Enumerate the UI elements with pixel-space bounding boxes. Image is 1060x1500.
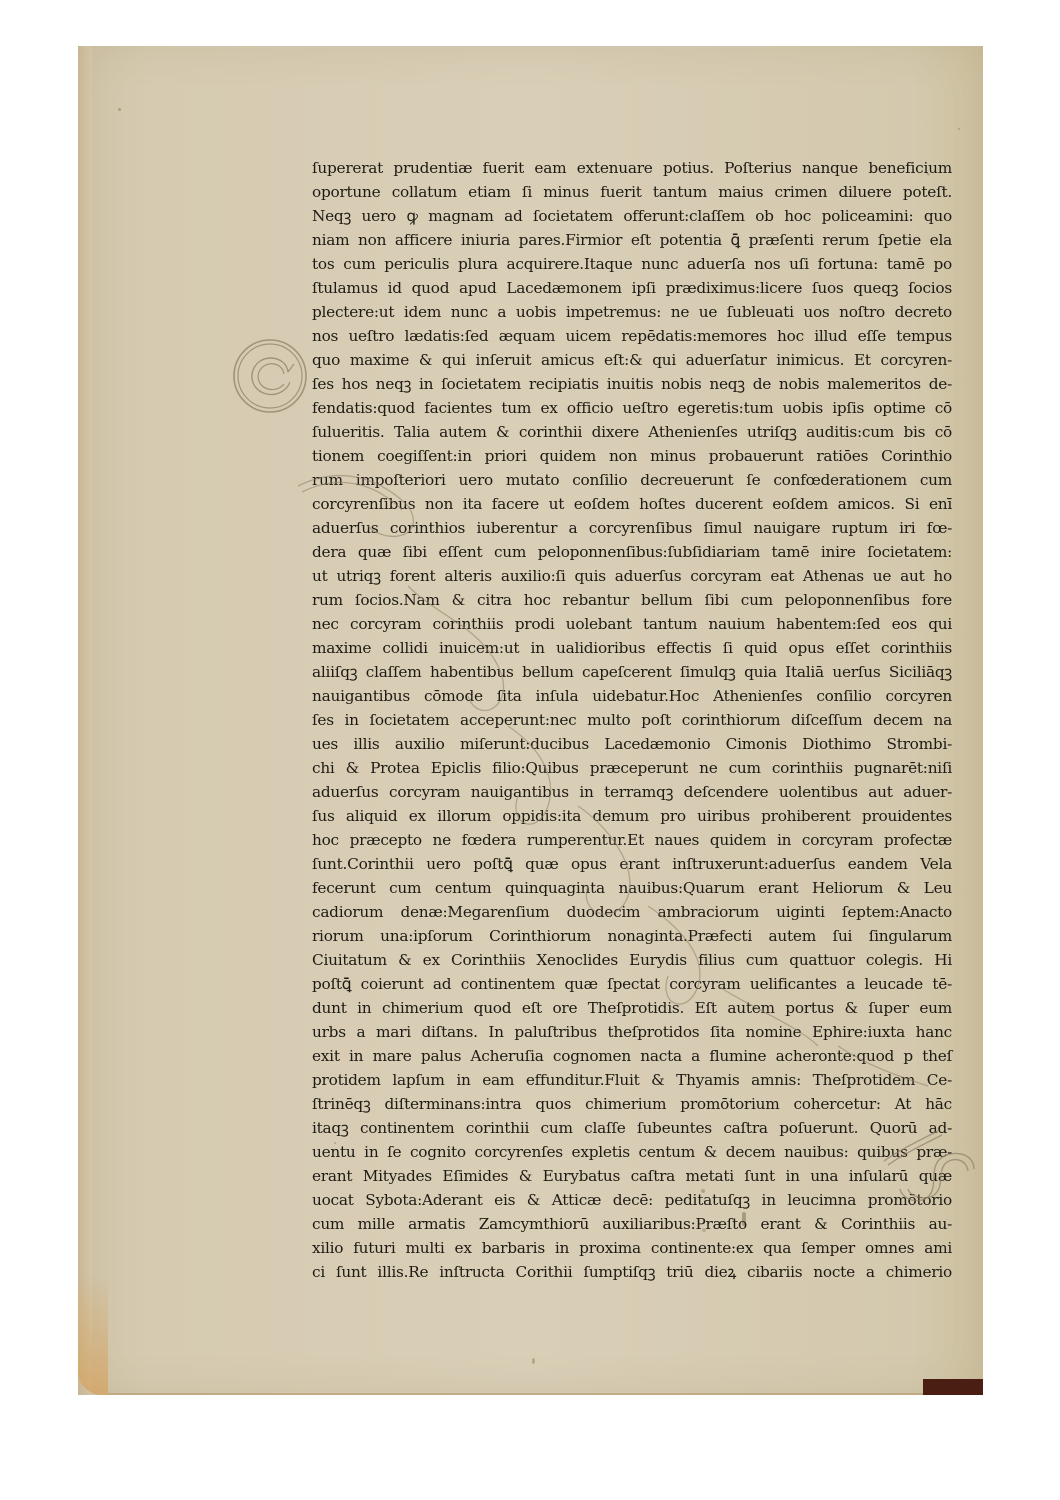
- body-text: ſupererat prudentiæ fuerit eam extenuare…: [312, 156, 952, 1284]
- text-line: ſunt.Corinthii uero poſtꝗ̄ quæ opus eran…: [312, 852, 952, 876]
- text-line: ſulueritis. Talia autem & corinthii dixe…: [312, 420, 952, 444]
- text-line: fendatis:quod facientes tum ex officio u…: [312, 396, 952, 420]
- page-bottom-edge: [108, 1393, 923, 1395]
- text-line: corcyrenſibus non ita facere ut eoſdem h…: [312, 492, 952, 516]
- text-line: dera quæ ſibi eſſent cum peloponnenſibus…: [312, 540, 952, 564]
- text-line: fecerunt cum centum quinquaginta nauibus…: [312, 876, 952, 900]
- text-line: poſtꝗ̄ coierunt ad continentem quæ ſpect…: [312, 972, 952, 996]
- text-line: quo maxime & qui inſeruit amicus eſt:& q…: [312, 348, 952, 372]
- paper-speck: [532, 1358, 535, 1364]
- text-line: ſtulamus id quod apud Lacedæmonem ipſi p…: [312, 276, 952, 300]
- text-line: plectere:ut idem nunc a uobis impetremus…: [312, 300, 952, 324]
- text-line: rum ſocios.Nam & citra hoc rebantur bell…: [312, 588, 952, 612]
- text-line: riorum una:ipſorum Corinthiorum nonagint…: [312, 924, 952, 948]
- text-line: uocat Sybota:Aderant eis & Atticæ decē: …: [312, 1188, 952, 1212]
- text-line: aduerſus corinthios iuberentur a corcyre…: [312, 516, 952, 540]
- text-line: oportune collatum etiam ſi minus fuerit …: [312, 180, 952, 204]
- text-line: erant Mityades Eſimides & Eurybatus caſt…: [312, 1164, 952, 1188]
- paper-speck: [118, 108, 121, 111]
- text-line: xilio futuri multi ex barbaris in proxim…: [312, 1236, 952, 1260]
- text-line: ci ſunt illis.Re inſtructa Corithii ſump…: [312, 1260, 952, 1284]
- text-line: nec corcyram corinthiis prodi uolebant t…: [312, 612, 952, 636]
- text-line: chi & Protea Epiclis filio:Quibus præcep…: [312, 756, 952, 780]
- text-line: cum mille armatis Zamcymthiorū auxiliari…: [312, 1212, 952, 1236]
- page-stain: [78, 1275, 108, 1395]
- text-line: exit in mare palus Acheruſia cognomen na…: [312, 1044, 952, 1068]
- text-line: hoc præcepto ne fœdera rumperentur.Et na…: [312, 828, 952, 852]
- text-line: niam non afficere iniuria pares.Firmior …: [312, 228, 952, 252]
- text-line: uentu in ſe cognito corcyrenſes expletis…: [312, 1140, 952, 1164]
- text-line: ut utriqꝫ forent alteris auxilio:ſi quis…: [312, 564, 952, 588]
- circle-c-stamp-icon: [230, 336, 310, 416]
- text-line: cadiorum denæ:Megarenſium duodecim ambra…: [312, 900, 952, 924]
- text-line: urbs a mari diſtans. In paluſtribus theſ…: [312, 1020, 952, 1044]
- text-line: protidem lapſum in eam effunditur.Fluit …: [312, 1068, 952, 1092]
- text-line: ues illis auxilio miſerunt:ducibus Laced…: [312, 732, 952, 756]
- text-line: ſes hos neqꝫ in ſocietatem recipiatis in…: [312, 372, 952, 396]
- text-line: Neqꝫ uero ꝙ magnam ad ſocietatem offerun…: [312, 204, 952, 228]
- text-line: nauigantibus cōmode ſita inſula uidebatu…: [312, 684, 952, 708]
- paper-speck: [958, 128, 960, 130]
- binding-strip: [923, 1379, 983, 1395]
- text-line: ſupererat prudentiæ fuerit eam extenuare…: [312, 156, 952, 180]
- text-line: tos cum periculis plura acquirere.Itaque…: [312, 252, 952, 276]
- text-line: dunt in chimerium quod eſt ore Theſproti…: [312, 996, 952, 1020]
- text-line: maxime collidi inuicem:ut in ualidioribu…: [312, 636, 952, 660]
- text-line: ſtrinēqꝫ diſterminans:intra quos chimeri…: [312, 1092, 952, 1116]
- text-line: aduerſus corcyram nauigantibus in terram…: [312, 780, 952, 804]
- text-line: tionem coegiſſent:in priori quidem non m…: [312, 444, 952, 468]
- text-line: rum impoſteriori uero mutato conſilio de…: [312, 468, 952, 492]
- text-line: nos ueſtro lædatis:ſed æquam uicem repēd…: [312, 324, 952, 348]
- text-line: aliiſqꝫ claſſem habentibus bellum capeſc…: [312, 660, 952, 684]
- text-line: Ciuitatum & ex Corinthiis Xenoclides Eur…: [312, 948, 952, 972]
- text-line: ſus aliquid ex illorum oppidis:ita demum…: [312, 804, 952, 828]
- text-line: itaqꝫ continentem corinthii cum claſſe ſ…: [312, 1116, 952, 1140]
- manuscript-page: ſupererat prudentiæ fuerit eam extenuare…: [78, 46, 983, 1395]
- text-line: ſes in ſocietatem acceperunt:nec multo p…: [312, 708, 952, 732]
- page-left-edge: [78, 46, 92, 1395]
